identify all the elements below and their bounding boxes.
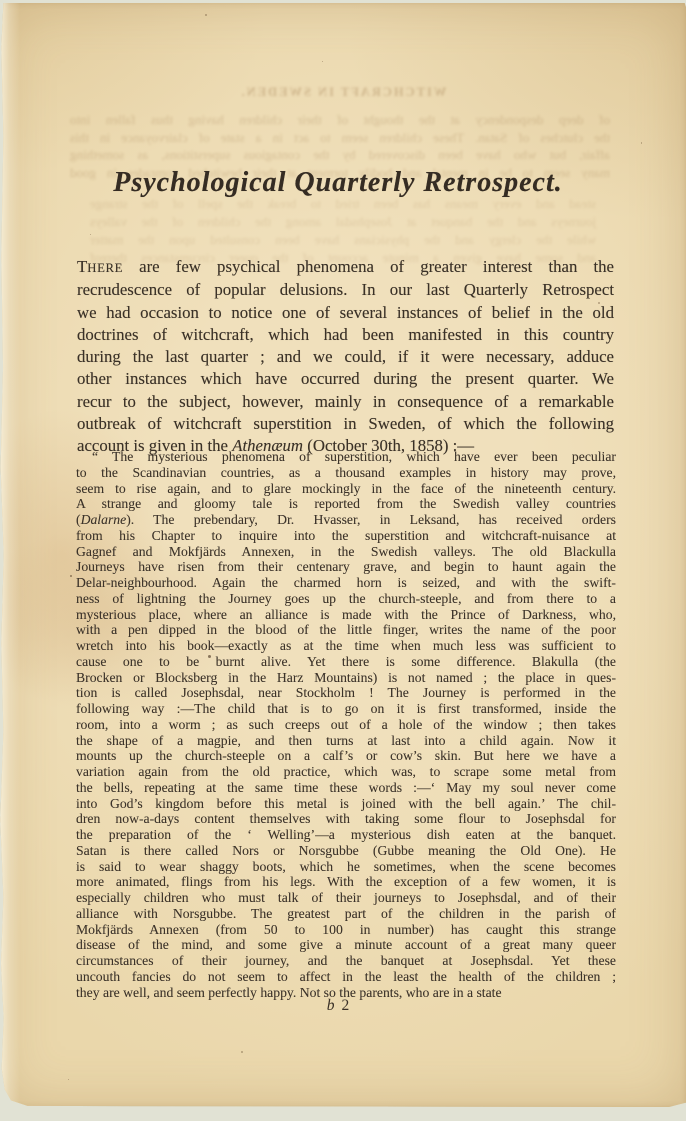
show-through-running-head: WITCHCRAFT IN SWEDEN. [0, 85, 686, 100]
paper-speck [90, 234, 91, 235]
quoted-extract: “ The mysterious phenomena of superstiti… [76, 449, 616, 1000]
paper-speck [70, 575, 72, 577]
paper-speck [241, 1051, 243, 1053]
article-title: Psychological Quarterly Retrospect. [0, 167, 676, 199]
scanned-book-page: { "title": "Psychological Quarterly Retr… [0, 0, 686, 1121]
signature-number: 2 [342, 997, 350, 1014]
signature-letter: b [327, 997, 335, 1014]
paper-sheet: WITCHCRAFT IN SWEDEN. of deep despondenc… [0, 3, 686, 1107]
intro-paragraph: THERE are few psychical phenomena of gre… [77, 256, 614, 458]
paper-speck [322, 61, 323, 62]
paper-speck [68, 1079, 69, 1080]
signature-mark: b2 [0, 997, 676, 1015]
paper-speck [641, 142, 642, 144]
paper-speck [205, 14, 207, 16]
